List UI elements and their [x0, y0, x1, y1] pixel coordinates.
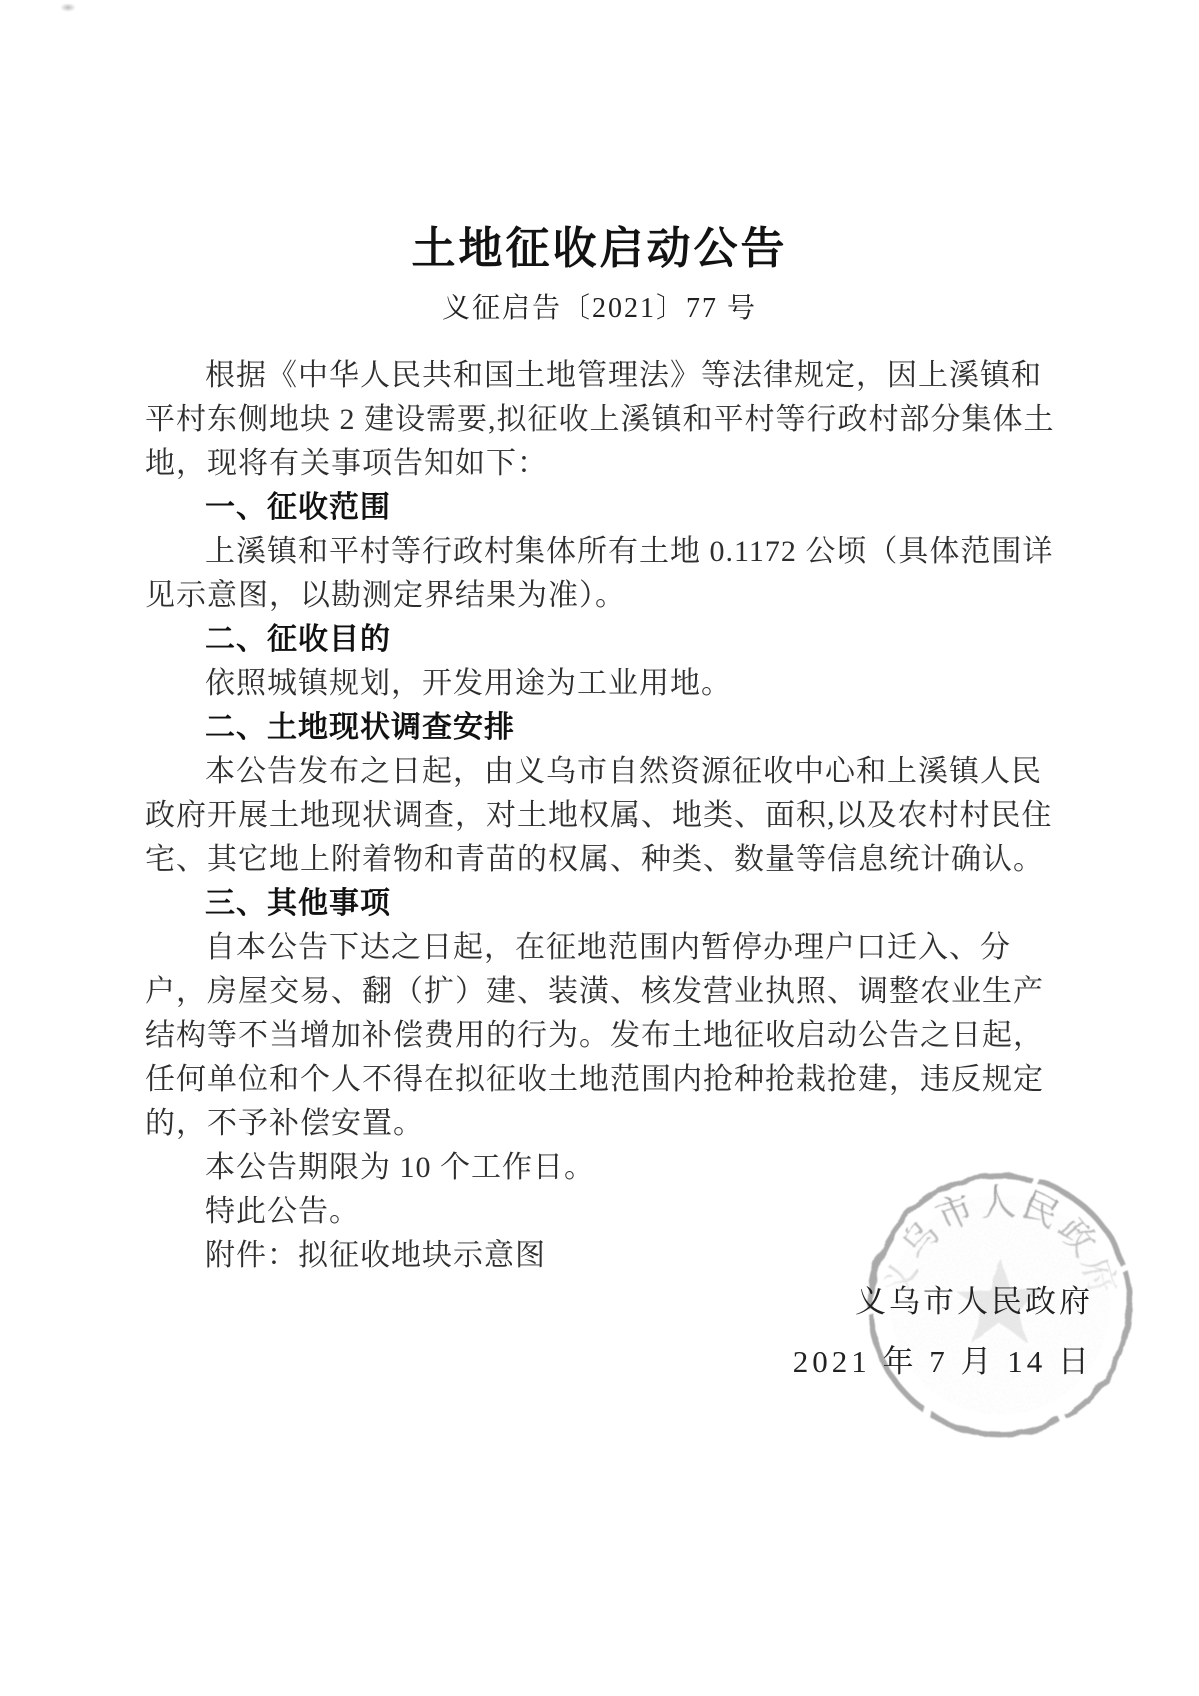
section-heading: 三、其他事项	[145, 882, 1060, 926]
document-line: 结构等不当增加补偿费用的行为。发布土地征收启动公告之日起，	[145, 1014, 1060, 1058]
section-heading: 二、土地现状调查安排	[145, 706, 1060, 750]
signature-block: 义乌市人民政府 2021 年 7 月 14 日	[0, 1280, 1199, 1384]
scan-artifact	[60, 3, 76, 12]
document-line: 上溪镇和平村等行政村集体所有土地 0.1172 公顷（具体范围详	[145, 530, 1060, 574]
document-line: 依照城镇规划，开发用途为工业用地。	[145, 662, 1060, 706]
section-heading: 二、征收目的	[145, 618, 1060, 662]
signature-date: 2021 年 7 月 14 日	[0, 1340, 1093, 1384]
document-line: 平村东侧地块 2 建设需要,拟征收上溪镇和平村等行政村部分集体土	[145, 398, 1060, 442]
document-line: 本公告发布之日起，由义乌市自然资源征收中心和上溪镇人民	[145, 750, 1060, 794]
document-line: 宅、其它地上附着物和青苗的权属、种类、数量等信息统计确认。	[145, 838, 1060, 882]
document-line: 的，不予补偿安置。	[145, 1102, 1060, 1146]
document-title: 土地征收启动公告	[0, 0, 1199, 276]
document-line: 任何单位和个人不得在拟征收土地范围内抢种抢栽抢建，违反规定	[145, 1058, 1060, 1102]
document-line: 自本公告下达之日起，在征地范围内暂停办理户口迁入、分	[145, 926, 1060, 970]
document-number: 义征启告〔2021〕77 号	[0, 290, 1199, 328]
document-line: 政府开展土地现状调查，对土地权属、地类、面积,以及农村村民住	[145, 794, 1060, 838]
document-line: 地，现将有关事项告知如下：	[145, 442, 1060, 486]
document-line: 见示意图，以勘测定界结果为准）。	[145, 574, 1060, 618]
document-line: 根据《中华人民共和国土地管理法》等法律规定，因上溪镇和	[145, 354, 1060, 398]
document-line: 户，房屋交易、翻（扩）建、装潢、核发营业执照、调整农业生产	[145, 970, 1060, 1014]
signature-org: 义乌市人民政府	[0, 1280, 1093, 1324]
document-body: 根据《中华人民共和国土地管理法》等法律规定，因上溪镇和 平村东侧地块 2 建设需…	[145, 354, 1060, 1278]
document-page: 义乌市人民政府 土地征收启动公告 义征启告〔2021〕77 号 根据《中华人民共…	[0, 0, 1199, 1696]
section-heading: 一、征收范围	[145, 486, 1060, 530]
